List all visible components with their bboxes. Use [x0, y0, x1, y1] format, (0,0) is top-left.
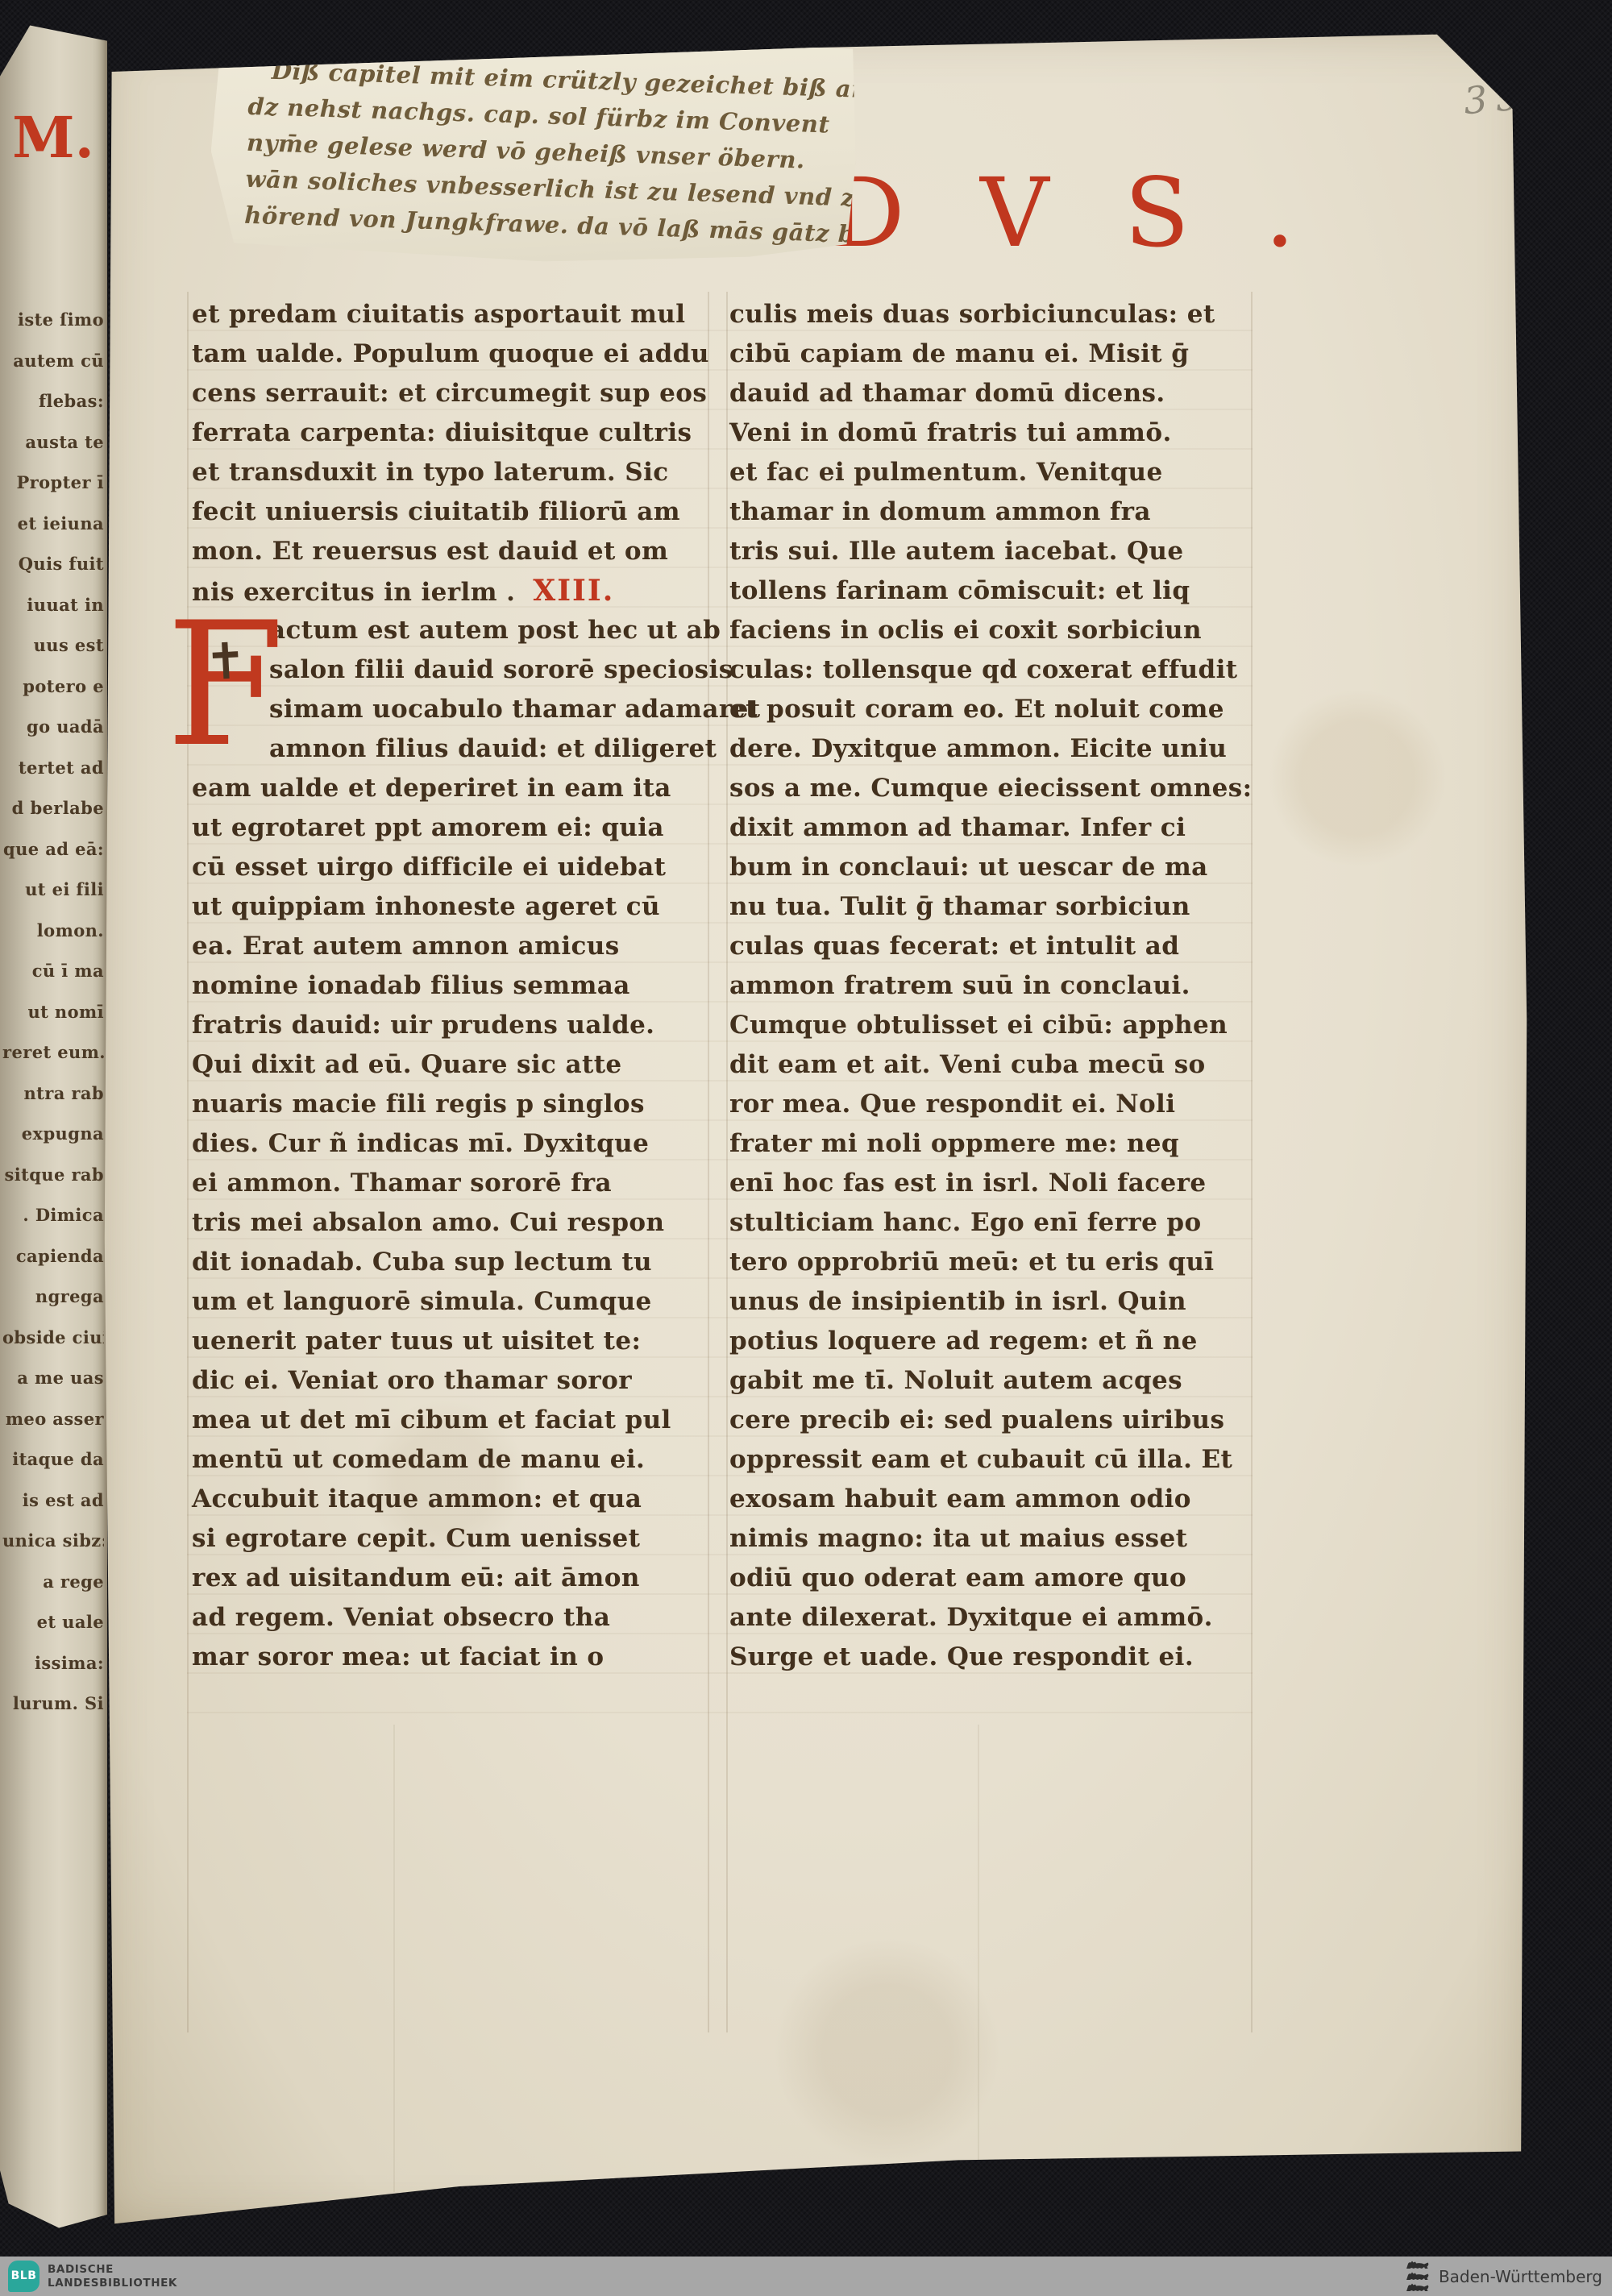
- text-line: rex ad uisitandum eū: ait āmon: [192, 1559, 709, 1598]
- fragment-line: obside ciui: [2, 1318, 104, 1359]
- fragment-line: et ieiuna: [2, 504, 104, 545]
- text-line: exosam habuit eam ammon odio: [729, 1480, 1253, 1519]
- text-line: bum in conclaui: ut uescar de ma: [729, 848, 1253, 887]
- text-line: Cumque obtulisset ei cibū: apphen: [729, 1006, 1253, 1045]
- text-line: unus de insipientib in isrl. Quin: [729, 1282, 1253, 1322]
- text-line: frater mi noli oppmere me: neq: [729, 1124, 1253, 1164]
- parchment-page: D V S . 35 Diß capitel mit eim crützly g…: [103, 32, 1528, 2226]
- text-line: et posuit coram eo. Et noluit come: [729, 690, 1253, 729]
- fragment-line: autem cū: [2, 341, 104, 382]
- text-line: tam ualde. Populum quoque ei addu: [192, 334, 709, 374]
- text-line: stulticiam hanc. Ego enī ferre po: [729, 1203, 1253, 1243]
- text-line: Qui dixit ad eū. Quare sic atte: [192, 1045, 709, 1085]
- fragment-line: capienda: [2, 1236, 104, 1277]
- text-line: ei ammon. Thamar sororē fra: [192, 1164, 709, 1203]
- text-line: si egrotare cepit. Cum uenisset: [192, 1519, 709, 1559]
- fragment-line: potero e: [2, 666, 104, 708]
- text-line: thamar in domum ammon fra: [729, 492, 1253, 532]
- text-line: nomine ionadab filius semmaa: [192, 966, 709, 1006]
- fragment-line: meo asser: [2, 1399, 104, 1440]
- text-line: Surge et uade. Que respondit ei.: [729, 1638, 1253, 1677]
- text-line: faciens in oclis ei coxit sorbiciun: [729, 611, 1253, 650]
- text-line: cibū capiam de manu ei. Misit ḡ: [729, 334, 1253, 374]
- text-line: culis meis duas sorbiciunculas: et: [729, 295, 1253, 334]
- text-line: Accubuit itaque ammon: et qua: [192, 1480, 709, 1519]
- text-line: dere. Dyxitque ammon. Eicite uniu: [729, 729, 1253, 769]
- state-branding: Baden-Württemberg: [1404, 2257, 1602, 2296]
- manuscript-scan-page: M. iste ſimoautem cūflebas:austa tePropt…: [0, 0, 1612, 2296]
- text-line: dic ei. Veniat oro thamar soror: [192, 1361, 709, 1401]
- left-column: F ✝ et predam ciuitatis asportauit multa…: [192, 295, 709, 1677]
- baden-wuerttemberg-coat-of-arms-icon: [1404, 2260, 1431, 2294]
- text-line: um et languorē simula. Cumque: [192, 1282, 709, 1322]
- text-line: dauid ad thamar domū dicens.: [729, 374, 1253, 413]
- fragment-line: tertet ad: [2, 748, 104, 789]
- fragment-line: uus est: [2, 625, 104, 666]
- blb-logo-text: BLB: [11, 2269, 37, 2282]
- text-line: oppressit eam et cubauit cū illa. Et: [729, 1440, 1253, 1480]
- text-line: uenerit pater tuus ut uisitet te:: [192, 1322, 709, 1361]
- fragment-line: a me uas: [2, 1358, 104, 1399]
- text-line: ut quippiam inhoneste ageret cū: [192, 887, 709, 927]
- pasted-paper-slip: Diß capitel mit eim crützly gezeichet bi…: [208, 29, 859, 272]
- fragment-line: expugna: [2, 1114, 104, 1155]
- fragment-line: issima:: [2, 1643, 104, 1684]
- text-line: fecit uniuersis ciuitatib filiorū am: [192, 492, 709, 532]
- text-line: dies. Cur ñ indicas mī. Dyxitque: [192, 1124, 709, 1164]
- library-name-line1: BADISCHE: [48, 2263, 177, 2277]
- fragment-line: d berlabe: [2, 788, 104, 829]
- text-line: nuaris macie fili regis p singlos: [192, 1085, 709, 1124]
- text-line: dit ionadab. Cuba sup lectum tu: [192, 1243, 709, 1282]
- fragment-line: sitque rab: [2, 1155, 104, 1196]
- text-line: odiū quo oderat eam amore quo: [729, 1559, 1253, 1598]
- chapter-numeral: XIII.: [515, 574, 614, 608]
- fragment-line: ntra rab: [2, 1073, 104, 1115]
- folio-number: 35: [1462, 74, 1529, 123]
- fragment-line: cū ī ma: [2, 951, 104, 992]
- text-line: mentū ut comedam de manu ei.: [192, 1440, 709, 1480]
- fragment-line: Quis fuit: [2, 544, 104, 585]
- fragment-line: ut ei fili: [2, 870, 104, 911]
- text-line: gabit me tī. Noluit autem acqes: [729, 1361, 1253, 1401]
- text-line: tollens farinam cōmiscuit: et liq: [729, 571, 1253, 611]
- facing-page-edge: M. iste ſimoautem cūflebas:austa tePropt…: [0, 21, 107, 2232]
- running-title-red: D V S .: [829, 165, 1313, 260]
- text-line: sos a me. Cumque eiecissent omnes:: [729, 769, 1253, 808]
- fragment-line: unica sibz:: [2, 1521, 104, 1562]
- ruling-line: [187, 292, 189, 2032]
- text-line: tero opprobriū meū: et tu eris quī: [729, 1243, 1253, 1282]
- fragment-line: flebas:: [2, 381, 104, 422]
- text-line: ad regem. Veniat obsecro tha: [192, 1598, 709, 1638]
- text-line: et predam ciuitatis asportauit mul: [192, 295, 709, 334]
- text-line: potius loquere ad regem: et ñ ne: [729, 1322, 1253, 1361]
- text-line: cū esset uirgo difficile ei uidebat: [192, 848, 709, 887]
- right-column: culis meis duas sorbiciunculas: etcibū c…: [729, 295, 1253, 1677]
- parchment-crease: [393, 1725, 395, 2192]
- text-line: enī hoc fas est in isrl. Noli facere: [729, 1164, 1253, 1203]
- fragment-line: Propter ī: [2, 463, 104, 504]
- text-line: culas: tollensque qd coxerat effudit: [729, 650, 1253, 690]
- fragment-line: iuuat in: [2, 585, 104, 626]
- parchment-crease: [978, 1725, 979, 2176]
- text-line: tris mei absalon amo. Cui respon: [192, 1203, 709, 1243]
- text-line: ea. Erat autem amnon amicus: [192, 927, 709, 966]
- fragment-line: ut nomī: [2, 992, 104, 1033]
- text-line: dit eam et ait. Veni cuba mecū so: [729, 1045, 1253, 1085]
- fragment-line: is est ad: [2, 1480, 104, 1522]
- fragment-line: lomon.: [2, 911, 104, 952]
- text-line: cere precib ei: sed pualens uiribus: [729, 1401, 1253, 1440]
- ruling-line: [726, 292, 728, 2032]
- text-line: ammon fratrem suū in conclaui.: [729, 966, 1253, 1006]
- cross-doodle-icon: ✝: [203, 631, 248, 692]
- facing-page-red-initial: M.: [12, 110, 94, 166]
- text-line: ante dilexerat. Dyxitque ei ammō.: [729, 1598, 1253, 1638]
- facing-page-text-fragments: iste ſimoautem cūflebas:austa tePropter …: [2, 300, 104, 1725]
- text-line: cens serrauit: et circumegit sup eos: [192, 374, 709, 413]
- text-line: tris sui. Ille autem iacebat. Que: [729, 532, 1253, 571]
- text-line: mea ut det mī cibum et faciat pul: [192, 1401, 709, 1440]
- text-line: nimis magno: ita ut maius esset: [729, 1519, 1253, 1559]
- text-line: ut egrotaret ppt amorem ei: quia: [192, 808, 709, 848]
- text-line: dixit ammon ad thamar. Infer ci: [729, 808, 1253, 848]
- fragment-line: iste ſimo: [2, 300, 104, 341]
- fragment-line: et uale: [2, 1602, 104, 1643]
- library-name: BADISCHE LANDESBIBLIOTHEK: [48, 2263, 177, 2290]
- fragment-line: reret eum.: [2, 1032, 104, 1073]
- footer-bar: BLB BADISCHE LANDESBIBLIOTHEK Baden-Würt…: [0, 2257, 1612, 2296]
- text-line: ror mea. Que respondit ei. Noli: [729, 1085, 1253, 1124]
- slip-note-text: Diß capitel mit eim crützly gezeichet bi…: [209, 29, 860, 253]
- fragment-line: lurum. Si: [2, 1684, 104, 1725]
- fragment-line: itaque da: [2, 1439, 104, 1480]
- text-line: mon. Et reuersus est dauid et om: [192, 532, 709, 571]
- fragment-line: austa te: [2, 422, 104, 463]
- text-line: fratris dauid: uir prudens ualde.: [192, 1006, 709, 1045]
- fragment-line: . Dimica: [2, 1195, 104, 1236]
- text-line: et fac ei pulmentum. Venitque: [729, 453, 1253, 492]
- blb-logo: BLB: [8, 2261, 39, 2292]
- state-name: Baden-Württemberg: [1439, 2267, 1602, 2286]
- fragment-line: a rege: [2, 1562, 104, 1603]
- text-line: nu tua. Tulit ḡ thamar sorbiciun: [729, 887, 1253, 927]
- fragment-line: ngrega: [2, 1277, 104, 1318]
- text-line: ferrata carpenta: diuisitque cultris: [192, 413, 709, 453]
- fragment-line: go uadā: [2, 707, 104, 748]
- text-line: mar soror mea: ut faciat in o: [192, 1638, 709, 1677]
- text-line: culas quas fecerat: et intulit ad: [729, 927, 1253, 966]
- text-line: Veni in domū fratris tui ammō.: [729, 413, 1253, 453]
- text-line: et transduxit in typo laterum. Sic: [192, 453, 709, 492]
- library-name-line2: LANDESBIBLIOTHEK: [48, 2277, 177, 2290]
- fragment-line: que ad eā:: [2, 829, 104, 870]
